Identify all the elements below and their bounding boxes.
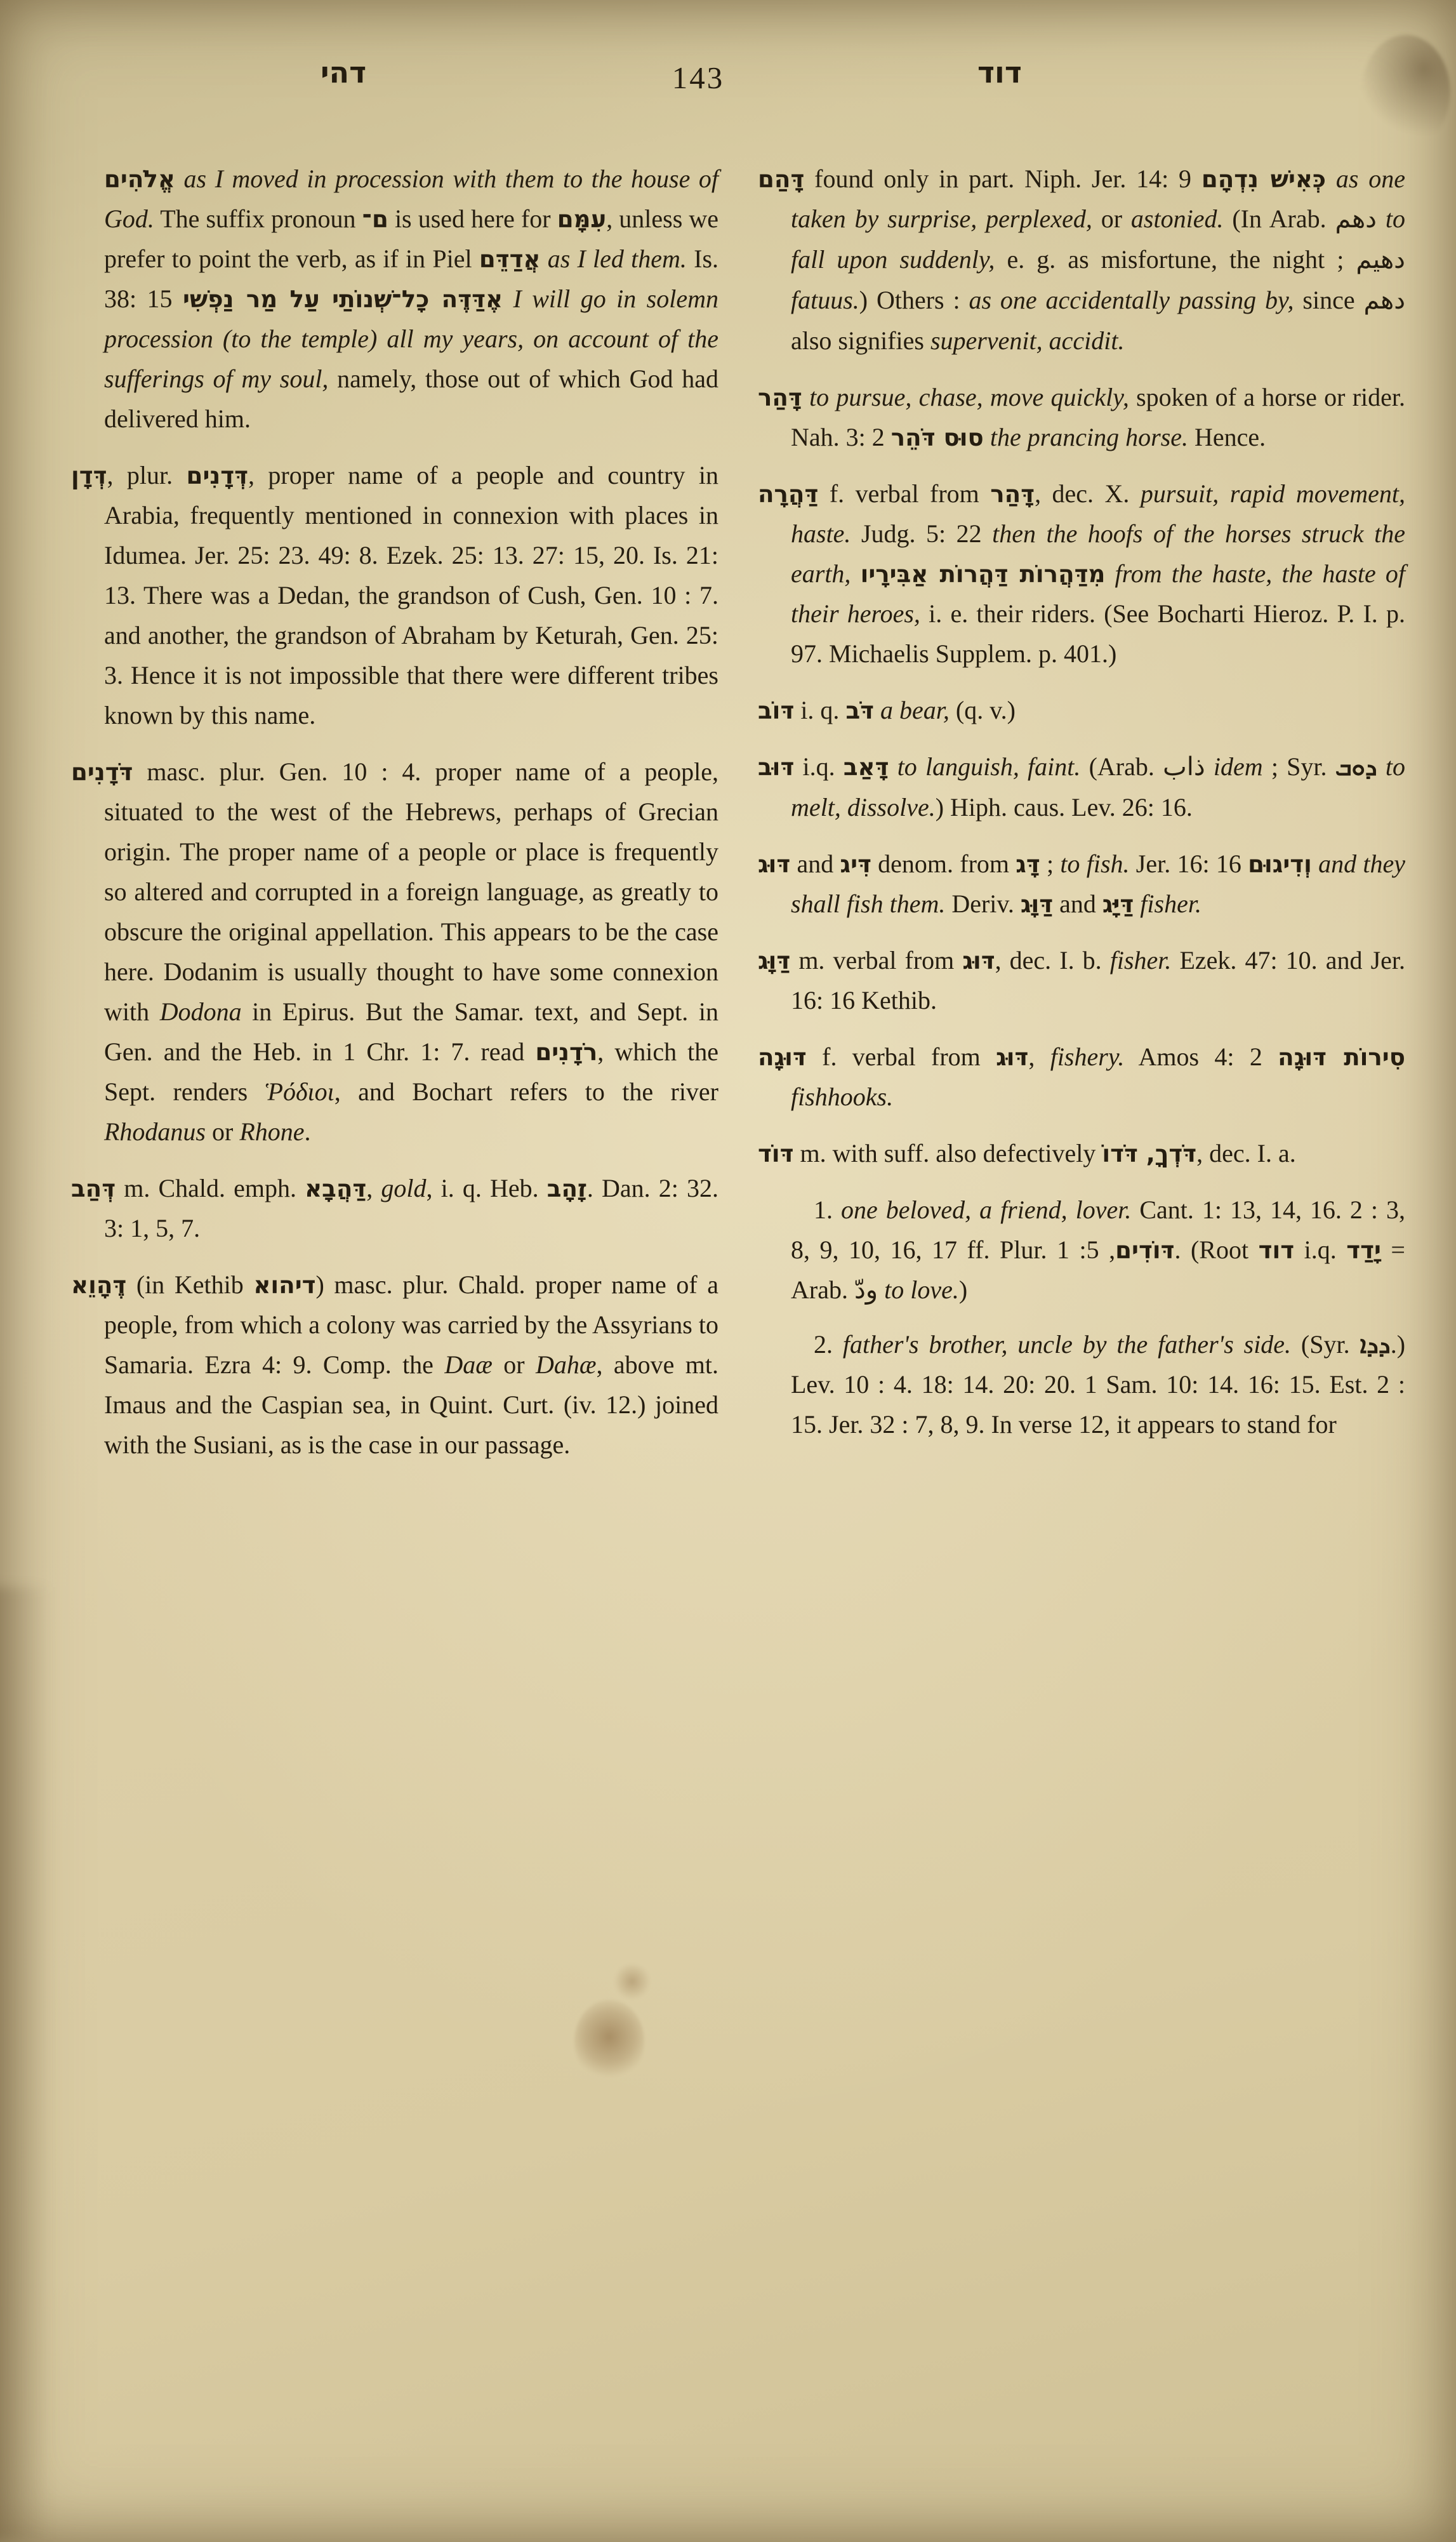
hebrew-text: דֹּדָנִים	[71, 758, 133, 786]
entry-subsection: 1. one beloved, a friend, lover. Cant. 1…	[791, 1190, 1405, 1310]
hebrew-text: אֱלֹהִים	[104, 165, 175, 193]
text-roman: or	[493, 1350, 536, 1379]
hebrew-text: דּוּג	[996, 1043, 1028, 1071]
text-italic: father's brother, uncle by the father's …	[843, 1330, 1291, 1359]
text-roman: (in Kethib	[126, 1270, 253, 1299]
dictionary-entry: דּוּג and דִּיג denom. from דָּג ; to fi…	[791, 844, 1405, 924]
hebrew-text: דֹּדְךָ, דֹּדוֹ	[1102, 1140, 1196, 1168]
arabic-text: دهيم	[1356, 245, 1405, 274]
hebrew-text: דָּהַם	[758, 165, 804, 193]
text-roman: i. q.	[794, 696, 845, 724]
text-roman: or	[1092, 204, 1131, 233]
text-roman: (In Arab.	[1223, 204, 1335, 233]
text-roman: masc. plur. Gen. 10 : 4. proper name of …	[104, 757, 718, 1026]
running-head-left-hebrew: דהי	[321, 50, 366, 95]
text-roman: and	[790, 849, 840, 878]
hebrew-text: דּוּב	[758, 753, 794, 781]
continued-paragraph: אֱלֹהִים as I moved in procession with t…	[104, 159, 718, 439]
text-roman: also signifies	[791, 326, 930, 355]
lexicon-page: דהי 143 דוד אֱלֹהִים as I moved in proce…	[0, 0, 1456, 2542]
text-roman: m. verbal from	[790, 946, 962, 975]
hebrew-text: דַּוָּג	[1021, 890, 1053, 918]
text-italic: gold	[381, 1174, 426, 1202]
text-roman: Deriv.	[945, 889, 1020, 918]
hebrew-text: סִירוֹת דּוּגָה	[1278, 1043, 1405, 1071]
text-roman: ) Hiph. caus. Lev. 26: 16.	[936, 793, 1193, 822]
syriac-text: ܕܘܒ	[1335, 753, 1377, 781]
text-roman: ,	[1028, 1042, 1050, 1071]
hebrew-text: אֲדַדֵּם	[479, 245, 541, 273]
text-roman: 2.	[814, 1330, 843, 1359]
text-roman: i.q.	[794, 752, 844, 781]
hebrew-text: דַּהֲרָה	[758, 480, 818, 508]
text-italic: fisher.	[1134, 889, 1201, 918]
dictionary-entry: דְּהַב m. Chald. emph. דַּהֲבָא, gold, i…	[104, 1168, 718, 1248]
text-italic: the prancing horse.	[984, 423, 1188, 451]
text-italic: to love.	[878, 1275, 959, 1304]
text-roman: , i. q. Heb.	[427, 1174, 547, 1202]
arabic-text: دهم	[1335, 204, 1377, 234]
hebrew-text: דּוֹב	[758, 696, 794, 724]
text-roman: )	[959, 1275, 967, 1304]
column-left: אֱלֹהִים as I moved in procession with t…	[71, 159, 718, 1481]
paper-gutter-shadow	[0, 1587, 51, 2539]
syriac-text: ܕܕܐ	[1360, 1331, 1390, 1359]
text-roman: ) Others :	[859, 286, 969, 314]
text-roman: ; Syr.	[1263, 752, 1335, 781]
hebrew-text: דְּדָנִים	[187, 462, 248, 489]
text-roman: f. verbal from	[818, 479, 990, 508]
text-italic: as I led them.	[541, 244, 687, 273]
text-italic: Rhone	[239, 1117, 304, 1146]
text-roman: , plur.	[107, 461, 187, 489]
hebrew-text: דָּאַב	[844, 753, 889, 781]
dictionary-entry: דָּהַר to pursue, chase, move quickly, s…	[791, 377, 1405, 457]
hebrew-text: דָּהַר	[990, 480, 1035, 508]
dictionary-entry: דּוּב i.q. דָּאַב to languish, faint. (A…	[791, 747, 1405, 827]
text-roman: denom. from	[871, 849, 1016, 878]
text-roman: Jer. 16: 16	[1130, 849, 1248, 878]
page-number: 143	[647, 53, 749, 102]
hebrew-text: דּוּג	[758, 850, 790, 878]
hebrew-text: רֹדָנִים	[535, 1038, 597, 1066]
hebrew-text: וְדִיגוּם	[1248, 850, 1312, 878]
text-italic: fisher.	[1110, 946, 1172, 975]
hebrew-text: כְּאִישׁ נִדְהָם	[1201, 165, 1326, 193]
text-italic: idem	[1205, 752, 1263, 781]
text-roman: .	[305, 1117, 311, 1146]
running-head-right-hebrew: דוד	[977, 50, 1022, 95]
dictionary-entry: דַּהֲרָה f. verbal from דָּהַר, dec. X. …	[791, 474, 1405, 674]
hebrew-text: דַּיָּג	[1102, 890, 1134, 918]
entry-subsection: 2. father's brother, uncle by the father…	[791, 1324, 1405, 1444]
dictionary-entry: דּוֹד m. with suff. also defectively דֹּ…	[791, 1133, 1405, 1173]
text-roman: , dec. I. a.	[1196, 1139, 1296, 1168]
text-roman: 1.	[814, 1195, 841, 1224]
dictionary-entry: דּוּגָה f. verbal from דּוּג, fishery. A…	[791, 1037, 1405, 1117]
dictionary-entry: דַּוָּג m. verbal from דּוּג, dec. I. b.…	[791, 940, 1405, 1020]
text-italic: to languish, faint.	[889, 752, 1080, 781]
arabic-text: ودّ	[854, 1275, 878, 1305]
text-roman: , dec. X.	[1035, 479, 1141, 508]
hebrew-text: דּוּגָה	[758, 1043, 807, 1071]
text-roman: Judg. 5: 22	[850, 519, 992, 548]
text-italic: to fish.	[1060, 849, 1129, 878]
text-roman: and	[1053, 889, 1102, 918]
text-roman: found only in part. Niph. Jer. 14: 9	[804, 164, 1201, 193]
hebrew-text: דְּהַב	[71, 1175, 116, 1202]
text-columns: אֱלֹהִים as I moved in procession with t…	[71, 159, 1405, 1481]
text-roman: i.q.	[1294, 1235, 1346, 1264]
text-roman: , dec. I. b.	[995, 946, 1110, 975]
column-right: דָּהַם found only in part. Niph. Jer. 14…	[758, 159, 1405, 1481]
hebrew-text: דָּהַר	[758, 383, 802, 411]
text-italic: Dahæ	[536, 1350, 597, 1379]
text-roman: e. g. as misfortune, the night ;	[995, 245, 1356, 274]
dictionary-entry: דְּדָן, plur. דְּדָנִים, proper name of …	[104, 455, 718, 735]
hebrew-text: עִמָּם	[557, 205, 607, 233]
dictionary-entry: דּוֹב i. q. דֹּב a bear, (q. v.)	[791, 690, 1405, 730]
hebrew-text: דּוּג	[962, 947, 995, 975]
hebrew-text: דַּוָּג	[758, 947, 790, 975]
text-italic: to pursue, chase, move quickly,	[802, 383, 1129, 411]
paper-stain	[574, 2000, 644, 2082]
hebrew-text: ם־	[362, 205, 388, 233]
hebrew-text: דּוֹדִים	[1115, 1236, 1174, 1264]
running-head: דהי 143 דוד	[0, 47, 1456, 123]
hebrew-text: אֶדַּדֶּה כָל־שְׁנוֹתַי עַל מַר נַפְשִׁי	[183, 285, 503, 313]
arabic-text: ذاب	[1163, 752, 1205, 782]
text-italic: Rhodanus	[104, 1117, 206, 1146]
arabic-text: دهم	[1363, 286, 1405, 315]
text-roman: , and Bochart refers to the river	[334, 1077, 718, 1106]
hebrew-text: יָדַד	[1346, 1236, 1381, 1264]
dictionary-entry: דֹּדָנִים masc. plur. Gen. 10 : 4. prope…	[104, 752, 718, 1152]
hebrew-text: דָּג	[1016, 850, 1040, 878]
paper-stain	[612, 1962, 652, 2001]
text-roman: m. Chald. emph.	[116, 1174, 305, 1202]
text-italic: a bear,	[874, 696, 950, 724]
hebrew-text: דּוֹד	[758, 1140, 794, 1168]
hebrew-text: דְּדָן	[71, 462, 107, 489]
greek-text: Ῥόδιοι	[265, 1077, 334, 1106]
text-italic: one beloved, a friend, lover.	[841, 1195, 1131, 1224]
text-roman: m. with suff. also defectively	[794, 1139, 1102, 1168]
text-italic: fishhooks.	[791, 1082, 893, 1111]
hebrew-text: זָהָב	[547, 1175, 587, 1202]
hebrew-text: דֹּב	[845, 696, 874, 724]
dictionary-entry: דֶּהָוֵא (in Kethib דיהוא) masc. plur. C…	[104, 1265, 718, 1465]
text-italic: Dodona	[160, 997, 242, 1026]
text-italic: Daæ	[444, 1350, 493, 1379]
hebrew-text: דיהוא	[253, 1271, 315, 1299]
text-roman: ;	[1040, 849, 1061, 878]
text-italic: supervenit, accidit.	[930, 326, 1124, 355]
text-italic: fatuus.	[791, 286, 859, 314]
text-roman: (Arab.	[1080, 752, 1163, 781]
text-roman: or	[206, 1117, 239, 1146]
text-roman: , proper name of a people and country in…	[104, 461, 718, 729]
text-italic: fishery.	[1050, 1042, 1125, 1071]
hebrew-text: דֶּהָוֵא	[71, 1271, 126, 1299]
text-roman: (q. v.)	[950, 696, 1016, 724]
dictionary-entry: דָּהַם found only in part. Niph. Jer. 14…	[791, 159, 1405, 361]
text-roman: since	[1294, 286, 1364, 314]
hebrew-text: מִדַּהֲרוֹת דַּהֲרוֹת אַבִּירָיו	[861, 560, 1106, 588]
text-roman: is used here for	[388, 204, 557, 233]
text-roman: f. verbal from	[807, 1042, 996, 1071]
text-roman: The suffix pronoun	[154, 204, 362, 233]
hebrew-text: דִּיג	[840, 850, 871, 878]
hebrew-text: דַּהֲבָא	[305, 1175, 366, 1202]
hebrew-text: סוּס דֹּהֵר	[891, 423, 984, 451]
text-italic: as one accidentally passing by,	[969, 286, 1294, 314]
text-roman: (Syr.	[1291, 1330, 1360, 1359]
text-italic: astonied.	[1131, 204, 1224, 233]
text-roman: Amos 4: 2	[1124, 1042, 1278, 1071]
text-roman: Hence.	[1188, 423, 1266, 451]
hebrew-text: דוד	[1259, 1236, 1295, 1264]
text-roman: ,	[366, 1174, 381, 1202]
